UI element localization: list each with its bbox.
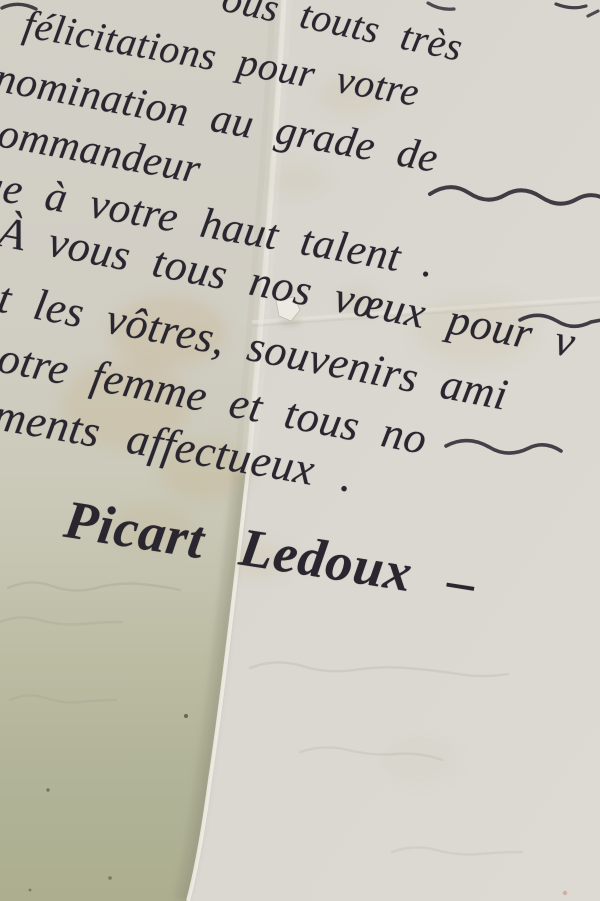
letter-photo: ous touts très félicitations pour votre … bbox=[0, 0, 600, 901]
